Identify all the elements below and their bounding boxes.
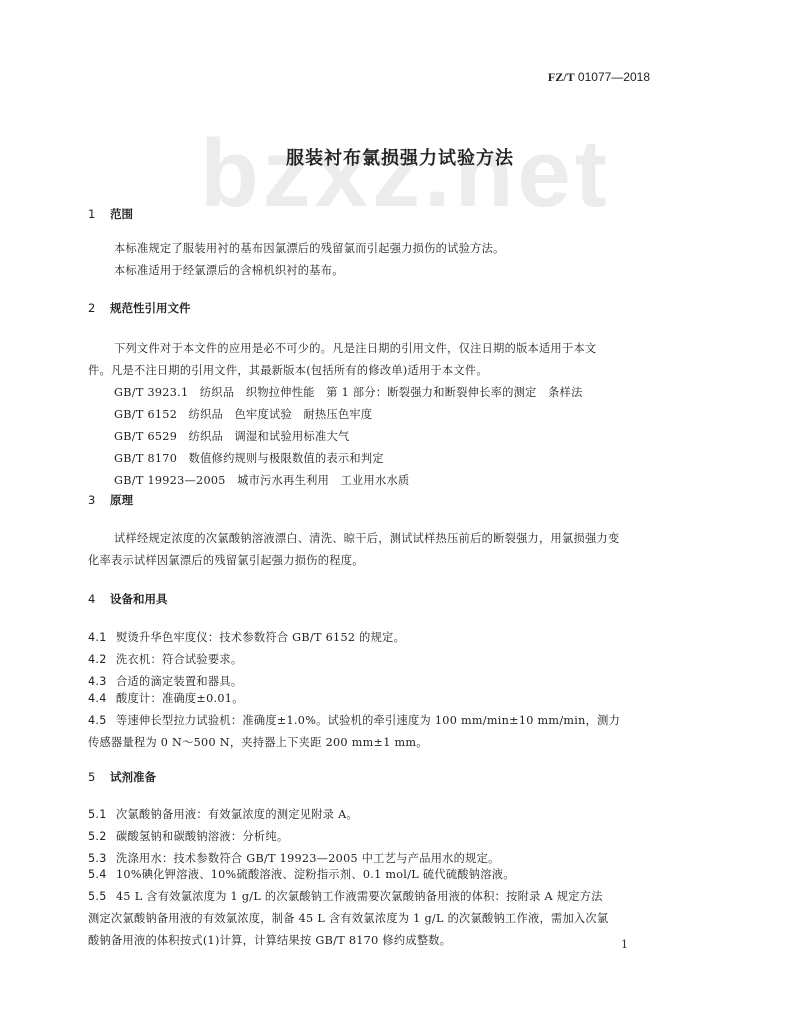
clause-4-2: 4.2洗衣机：符合试验要求。 — [88, 651, 242, 667]
clause-text: 酸度计：准确度±0.01。 — [116, 692, 244, 705]
clause-continuation: 酸钠备用液的体积按式(1)计算，计算结果按 GB/T 8170 修约成整数。 — [88, 932, 451, 948]
paragraph: 件。凡是不注日期的引用文件，其最新版本(包括所有的修改单)适用于本文件。 — [88, 362, 488, 378]
section-5-heading: 5试剂准备 — [88, 769, 156, 785]
section-title: 范围 — [110, 207, 133, 221]
clause-text: 等速伸长型拉力试验机：准确度±1.0%。试验机的牵引速度为 100 mm/min… — [116, 714, 620, 727]
clause-5-5: 5.545 L 含有效氯浓度为 1 g/L 的次氯酸钠工作液需要次氯酸钠备用液的… — [88, 888, 603, 904]
clause-number: 4.2 — [88, 653, 116, 666]
clause-5-3: 5.3洗涤用水：技术参数符合 GB/T 19923—2005 中工艺与产品用水的… — [88, 850, 500, 866]
reference-item: GB/T 3923.1 纺织品 织物拉伸性能 第 1 部分：断裂强力和断裂伸长率… — [114, 384, 583, 400]
watermark: bzxz.net — [200, 126, 611, 222]
clause-number: 5.4 — [88, 868, 116, 881]
clause-5-1: 5.1次氯酸钠备用液：有效氯浓度的测定见附录 A。 — [88, 806, 358, 822]
section-3-heading: 3原理 — [88, 492, 133, 508]
standard-code-number: 01077—2018 — [575, 70, 650, 84]
clause-4-1: 4.1熨烫升华色牢度仪：技术参数符合 GB/T 6152 的规定。 — [88, 629, 405, 645]
standard-code-prefix: FZ/T — [548, 70, 575, 84]
standard-code: FZ/T 01077—2018 — [548, 70, 650, 85]
paragraph: 本标准规定了服装用衬的基布因氯漂后的残留氯而引起强力损伤的试验方法。 — [114, 240, 505, 256]
section-title: 试剂准备 — [110, 770, 156, 784]
section-number: 4 — [88, 592, 110, 606]
section-title: 设备和用具 — [110, 592, 168, 606]
reference-item: GB/T 6529 纺织品 调湿和试验用标准大气 — [114, 428, 349, 444]
clause-continuation: 传感器量程为 0 N～500 N，夹持器上下夹距 200 mm±1 mm。 — [88, 734, 428, 750]
paragraph: 下列文件对于本文件的应用是必不可少的。凡是注日期的引用文件，仅注日期的版本适用于… — [114, 340, 596, 356]
clause-text: 次氯酸钠备用液：有效氯浓度的测定见附录 A。 — [116, 808, 358, 821]
clause-continuation: 测定次氯酸钠备用液的有效氯浓度，制备 45 L 含有效氯浓度为 1 g/L 的次… — [88, 910, 608, 926]
paragraph: 试样经规定浓度的次氯酸钠溶液漂白、清洗、晾干后，测试试样热压前后的断裂强力，用氯… — [114, 530, 619, 546]
clause-text: 10%碘化钾溶液、10%硫酸溶液、淀粉指示剂、0.1 mol/L 硫代硫酸钠溶液… — [116, 868, 515, 881]
section-1-heading: 1范围 — [88, 206, 133, 222]
clause-5-4: 5.410%碘化钾溶液、10%硫酸溶液、淀粉指示剂、0.1 mol/L 硫代硫酸… — [88, 866, 515, 882]
reference-item: GB/T 19923—2005 城市污水再生利用 工业用水水质 — [114, 472, 410, 488]
reference-item: GB/T 8170 数值修约规则与极限数值的表示和判定 — [114, 450, 384, 466]
section-number: 5 — [88, 770, 110, 784]
clause-4-3: 4.3合适的滴定装置和器具。 — [88, 673, 242, 689]
clause-number: 4.1 — [88, 631, 116, 644]
clause-number: 5.1 — [88, 808, 116, 821]
section-4-heading: 4设备和用具 — [88, 591, 168, 607]
clause-4-4: 4.4酸度计：准确度±0.01。 — [88, 690, 244, 706]
clause-text: 45 L 含有效氯浓度为 1 g/L 的次氯酸钠工作液需要次氯酸钠备用液的体积：… — [116, 890, 603, 903]
clause-text: 熨烫升华色牢度仪：技术参数符合 GB/T 6152 的规定。 — [116, 631, 405, 644]
clause-number: 5.5 — [88, 890, 116, 903]
section-number: 1 — [88, 207, 110, 221]
page-number: 1 — [621, 938, 628, 951]
clause-number: 4.3 — [88, 675, 116, 688]
reference-item: GB/T 6152 纺织品 色牢度试验 耐热压色牢度 — [114, 406, 372, 422]
clause-text: 洗涤用水：技术参数符合 GB/T 19923—2005 中工艺与产品用水的规定。 — [116, 852, 500, 865]
clause-text: 洗衣机：符合试验要求。 — [116, 653, 242, 666]
clause-number: 4.5 — [88, 714, 116, 727]
section-title: 规范性引用文件 — [110, 301, 191, 315]
section-title: 原理 — [110, 493, 133, 507]
section-number: 2 — [88, 301, 110, 315]
section-2-heading: 2规范性引用文件 — [88, 300, 191, 316]
clause-text: 碳酸氢钠和碳酸钠溶液：分析纯。 — [116, 830, 288, 843]
clause-5-2: 5.2碳酸氢钠和碳酸钠溶液：分析纯。 — [88, 828, 288, 844]
clause-4-5: 4.5等速伸长型拉力试验机：准确度±1.0%。试验机的牵引速度为 100 mm/… — [88, 712, 620, 728]
paragraph: 化率表示试样因氯漂后的残留氯引起强力损伤的程度。 — [88, 552, 364, 568]
section-number: 3 — [88, 493, 110, 507]
clause-number: 5.3 — [88, 852, 116, 865]
document-title: 服装衬布氯损强力试验方法 — [0, 144, 800, 170]
clause-text: 合适的滴定装置和器具。 — [116, 675, 242, 688]
clause-number: 5.2 — [88, 830, 116, 843]
paragraph: 本标准适用于经氯漂后的含棉机织衬的基布。 — [114, 262, 344, 278]
clause-number: 4.4 — [88, 692, 116, 705]
